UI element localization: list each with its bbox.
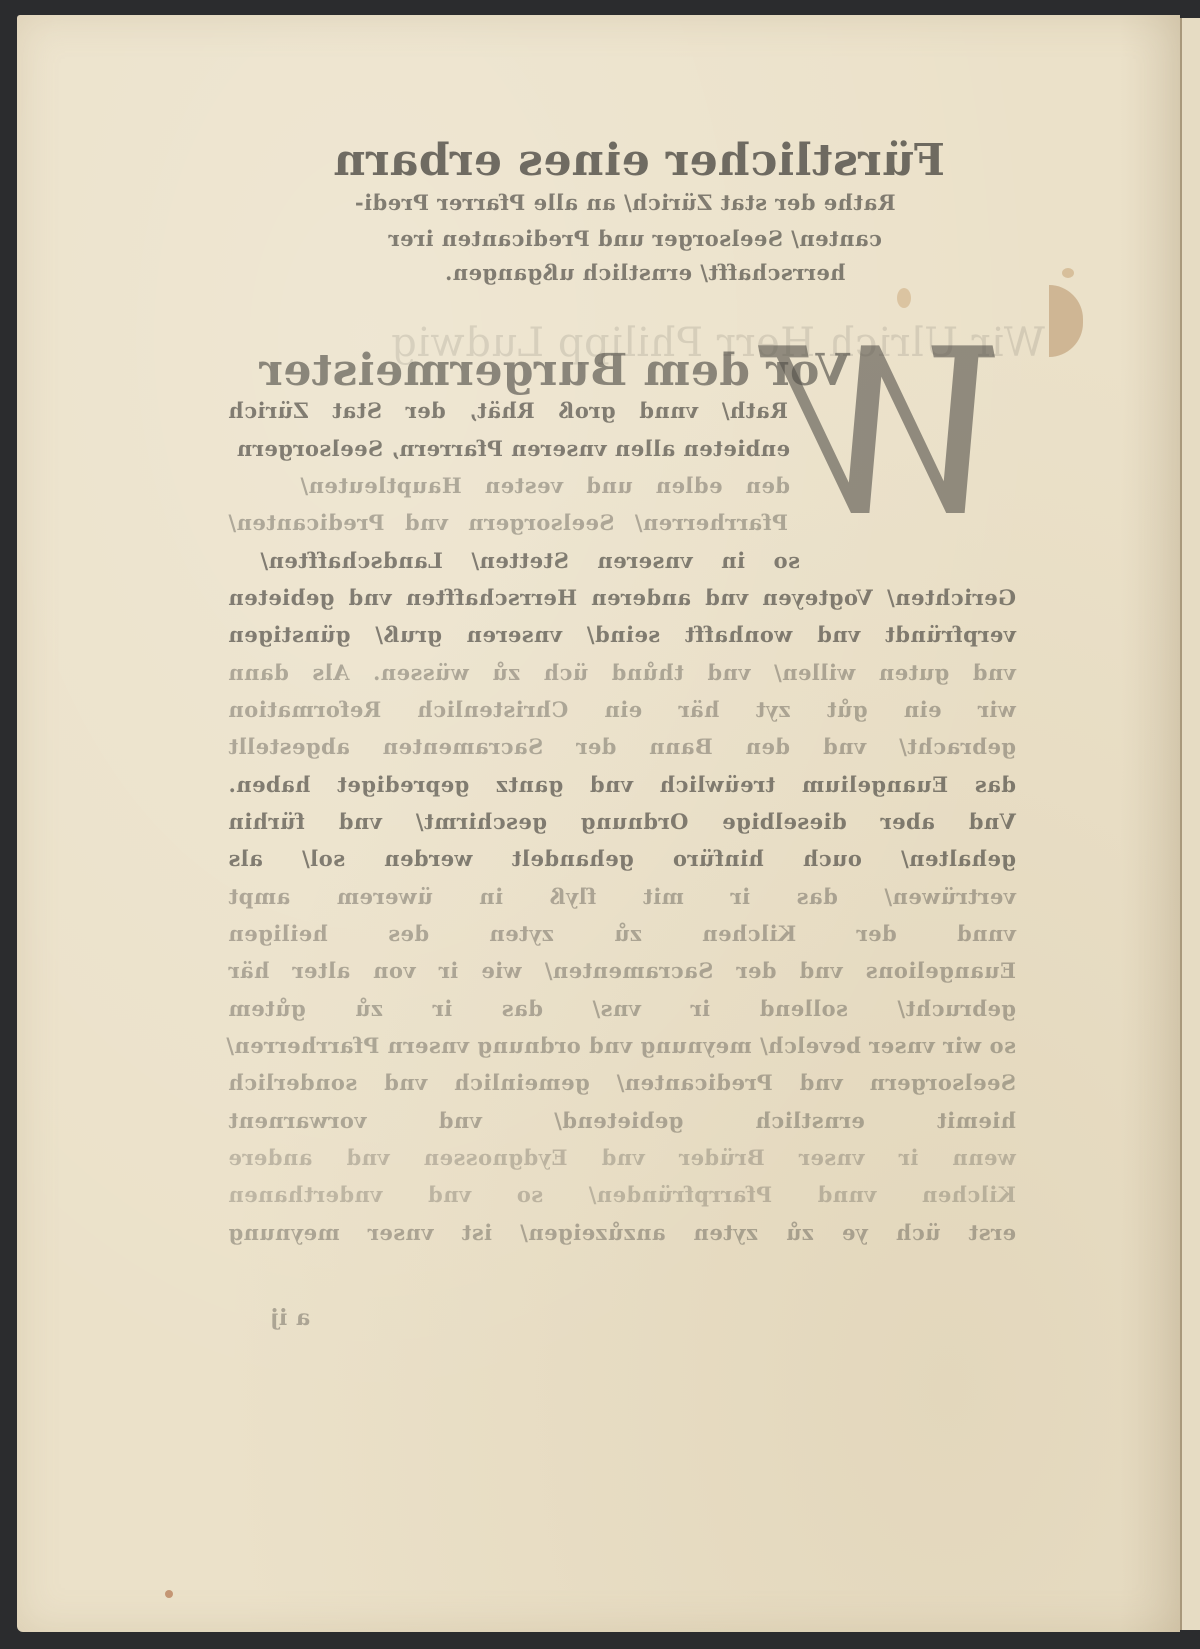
adjacent-page-edge bbox=[1180, 18, 1200, 1630]
subtitle-line: herrschafft/ ernstlich ußgangen. bbox=[410, 260, 880, 285]
subtitle-line: Rathe der stat Zürich/ an alle Pfarrer P… bbox=[300, 190, 950, 215]
body-line: Kilchen vnnd Pfarrpfründen/ so vnd vnder… bbox=[228, 1182, 1016, 1207]
body-line: Vnd aber dieselbige Ordnung geschirmt/ v… bbox=[228, 809, 1016, 834]
body-line: vnnd der Kilchen zů zyten des heiligen bbox=[228, 921, 1016, 946]
subtitle-line: canten/ Seelsorger und Predicanten irer bbox=[335, 226, 935, 251]
body-line: gehalten/ ouch hinfüro gehandelt werden … bbox=[228, 846, 1016, 871]
body-line: wir ein gůt zyt här ein Christenlich Ref… bbox=[228, 697, 1016, 722]
body-line: verpfründt vnd wonhafft seind/ vnseren g… bbox=[228, 622, 1016, 647]
body-line: erst üch ye zů zyten anzůzeigen/ ist vns… bbox=[228, 1220, 1016, 1245]
gutter-shadow bbox=[1120, 15, 1180, 1632]
heading-line: Vor dem Burgermeister bbox=[230, 345, 850, 396]
body-line: das Euangelium treüwlich vnd gantz gepre… bbox=[228, 772, 1016, 797]
body-line: hiemit ernstlich gebietend/ vnd vorwarne… bbox=[228, 1108, 1016, 1133]
body-line: enbieten allen vnseren Pfarrern, Seelsor… bbox=[300, 436, 790, 461]
body-line: Gerichten/ Vogteyen vnd anderen Herrscha… bbox=[228, 585, 1016, 610]
body-line: so in vnseren Stetten/ Landschafften/ bbox=[260, 548, 800, 573]
body-line: gebracht/ vnd den Bann der Sacramenten a… bbox=[228, 734, 1016, 759]
body-line: so wir vnser bevelch/ meynung vnd ordnun… bbox=[228, 1033, 1016, 1058]
body-line: Rath/ vnnd groß Rhät, der Stat Zürich bbox=[228, 398, 788, 423]
body-line: wenn ir vnser Brüder vnd Eydgnossen vnd … bbox=[228, 1145, 1016, 1170]
body-line: Seelsorgern vnd Predicanten/ gemeinlich … bbox=[228, 1070, 1016, 1095]
title-line: Fürstlicher eines erbarn bbox=[335, 135, 945, 186]
body-line: gebrucht/ sollend ir vns/ das ir zů gůte… bbox=[228, 996, 1016, 1021]
body-line: vnd guten willen/ vnd thůnd üch zů wüsse… bbox=[228, 660, 1016, 685]
signature-mark: a ij bbox=[270, 1305, 310, 1331]
decorated-drop-cap: W bbox=[830, 320, 1010, 570]
foxing-spot bbox=[165, 1590, 173, 1598]
body-line: vertrüwen/ das ir mit flyß in üwerem amp… bbox=[228, 884, 1016, 909]
body-line: den edlen und vesten Hauptleuten/ bbox=[300, 473, 790, 498]
body-line: Pfarrherren/ Seelsorgern vnd Predicanten… bbox=[228, 510, 788, 535]
body-line: Euangelions vnd der Sacramenten/ wie ir … bbox=[228, 958, 1016, 983]
foxing-spot bbox=[1062, 268, 1074, 278]
